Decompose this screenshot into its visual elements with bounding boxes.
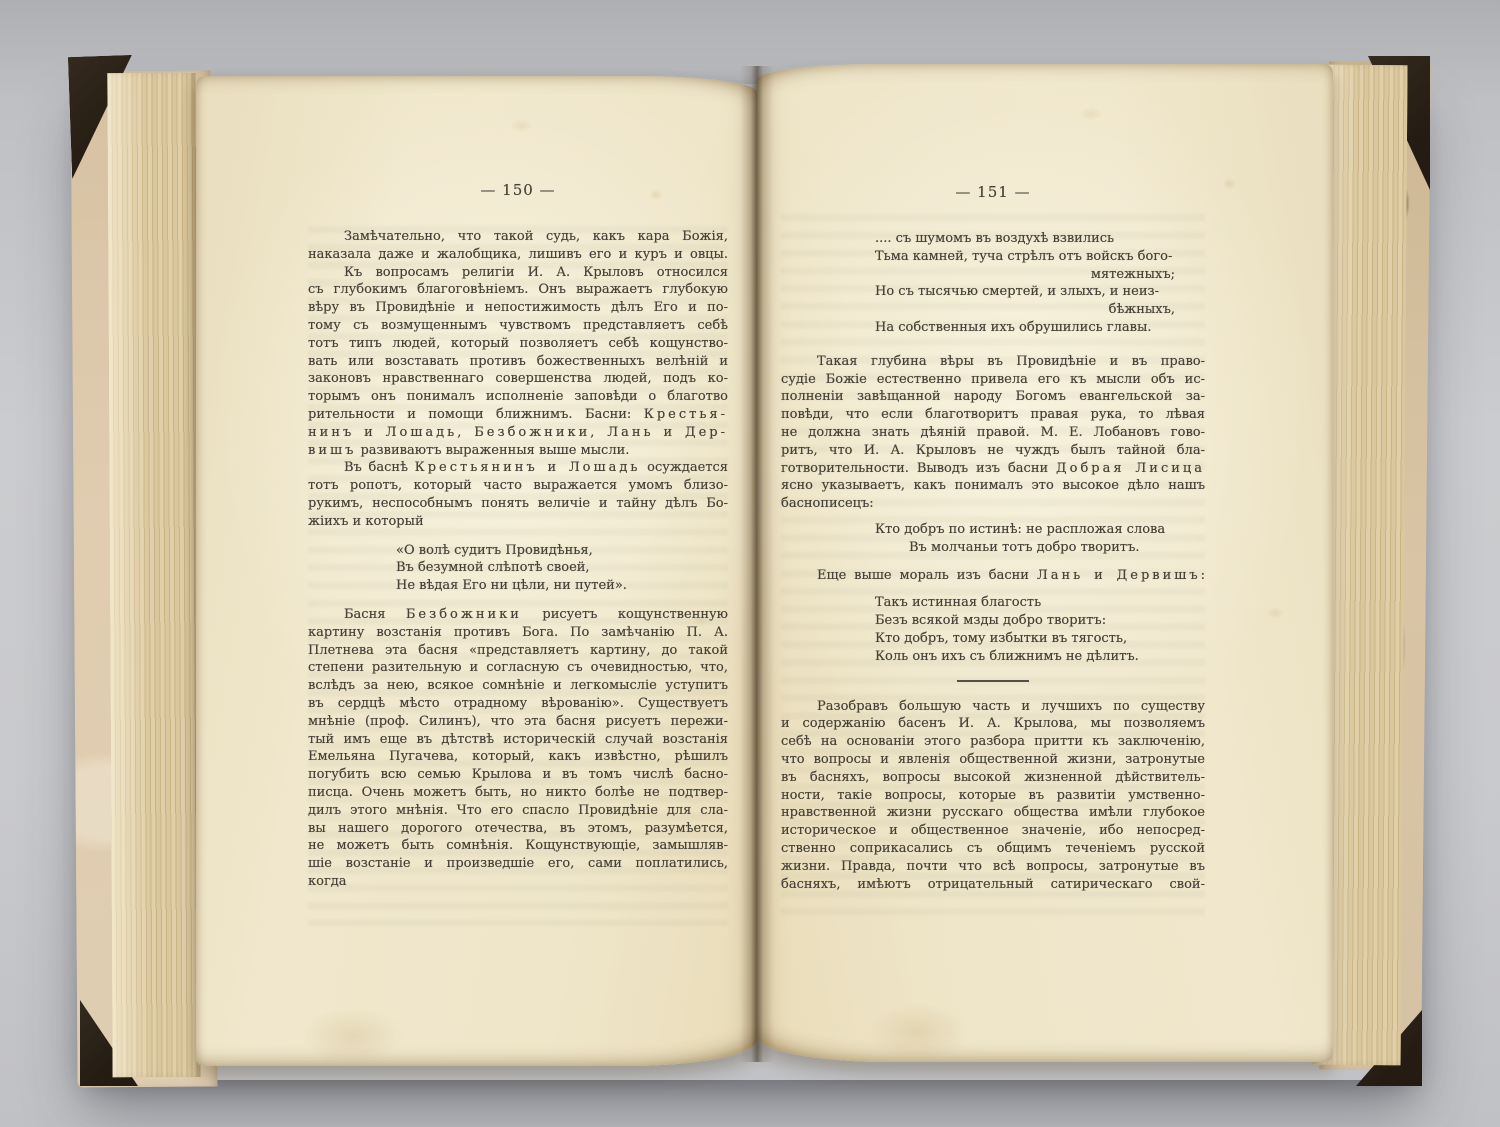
paragraph: Замѣчательно, что такой судь, какъ кара … <box>308 228 728 264</box>
text-line: тотъ типъ людей, который позволяетъ себѣ… <box>308 335 728 353</box>
paragraph: Басня Безбожники рисуетъ кощунственнуюка… <box>308 606 728 891</box>
text-line: не можетъ быть сомнѣнія. Кощунствующіе, … <box>308 837 728 855</box>
verse-line: Но съ тысячью смертей, и злыхъ, и неиз- <box>781 283 1205 301</box>
text-line: жизни. Правда, почти что всѣ вопросы, за… <box>781 858 1205 876</box>
page-150: — 150 — Замѣчательно, что такой судь, ка… <box>196 76 757 1066</box>
text-line: Емельяна Пугачева, который, какъ извѣстн… <box>308 748 728 766</box>
verse-line: Безъ всякой мзды добро творитъ: <box>781 612 1205 630</box>
text-line: Плетнева эта басня «представляетъ картин… <box>308 642 728 660</box>
text-line: съ глубокимъ благоговѣніемъ. Онъ выражае… <box>308 281 728 299</box>
paragraph: Къ вопросамъ религіи И. А. Крыловъ относ… <box>308 264 728 460</box>
open-book: — 150 — Замѣчательно, что такой судь, ка… <box>74 58 1426 1093</box>
text-line: картину возстанія противъ Бога. По замѣч… <box>308 624 728 642</box>
verse-line: Кто добръ, тому избытки въ тягость, <box>781 630 1205 648</box>
verse-line: Коль онъ ихъ съ ближнимъ не дѣлитъ. <box>781 648 1205 666</box>
text-line: мнѣніе (проф. Силинъ), что эта басня рис… <box>308 713 728 731</box>
verse-line: Кто добръ по истинѣ: не распложая слова <box>781 521 1205 539</box>
text-line: историческое и общественное значеніе, иб… <box>781 822 1205 840</box>
text-line: вѣру въ Провидѣніе и непостижимость дѣлъ… <box>308 299 728 317</box>
verse-line: Не вѣдая Его ни цѣли, ни путей». <box>308 577 728 595</box>
text-line: въ басняхъ, вопросы высокой жизненной дѣ… <box>781 769 1205 787</box>
text-line: басняхъ, имѣютъ отрицательный сатирическ… <box>781 876 1205 894</box>
section-divider <box>957 680 1029 682</box>
text-line: вишъ развиваютъ выраженныя выше мысли. <box>308 442 728 460</box>
verse-line: Тьма камней, туча стрѣлъ отъ войскъ бого… <box>781 248 1205 266</box>
page-150-textblock: — 150 — Замѣчательно, что такой судь, ка… <box>308 182 728 891</box>
verse-line: На собственныя ихъ обрушились главы. <box>781 319 1205 337</box>
verse-line: Такъ истинная благость <box>781 594 1205 612</box>
paragraph: Такая глубина вѣры въ Провидѣніе и въ пр… <box>781 353 1205 513</box>
text-line: ясно указываетъ, какъ понималъ это высок… <box>781 477 1205 495</box>
photo-background: — 150 — Замѣчательно, что такой судь, ка… <box>0 0 1500 1127</box>
left-page-stack-edges <box>107 73 200 1077</box>
text-line: готворительности. Выводъ изъ басни Добра… <box>781 460 1205 478</box>
text-line: ственно соприкасались съ общимъ теченіем… <box>781 840 1205 858</box>
text-line: Еще выше мораль изъ басни Лань и Дервишъ… <box>781 567 1205 585</box>
text-line: погубить всю семью Крылова и въ томъ чис… <box>308 766 728 784</box>
text-line: дилъ этого мнѣнія. Что его спасло Провид… <box>308 802 728 820</box>
text-line: повѣди, что если благотворитъ правая рук… <box>781 406 1205 424</box>
verse-block: «О волѣ судитъ Провидѣнья,Въ безумной сл… <box>308 542 728 595</box>
text-line: Басня Безбожники рисуетъ кощунственную <box>308 606 728 624</box>
text-line: Такая глубина вѣры въ Провидѣніе и въ пр… <box>781 353 1205 371</box>
text-line: полненіи завѣщанной народу Богомъ еванге… <box>781 388 1205 406</box>
text-line: тый имъ еще въ дѣтствѣ историческій случ… <box>308 731 728 749</box>
text-line: шіе возстаніе и произведшіе его, сами по… <box>308 855 728 873</box>
paragraph: Въ баснѣ Крестьянинъ и Лошадь осуждается… <box>308 459 728 530</box>
verse-line: Въ молчаньи тотъ добро творитъ. <box>781 539 1205 557</box>
text-line: тому съ возмущеннымъ чувствомъ представл… <box>308 317 728 335</box>
text-line: судіе Божіе естественно привела его къ м… <box>781 371 1205 389</box>
text-line: не должна знать дѣяній правой. М. Е. Лоб… <box>781 424 1205 442</box>
verse-line: Въ безумной слѣпотѣ своей, <box>308 559 728 577</box>
verse-block: .... съ шумомъ въ воздухѣ взвилисьТьма к… <box>781 230 1205 337</box>
text-line: вы нашего дорогого отечества, въ этомъ, … <box>308 820 728 838</box>
text-line: Замѣчательно, что такой судь, какъ кара … <box>308 228 728 246</box>
text-line: наказала даже и жалобщика, лишивъ его и … <box>308 246 728 264</box>
text-line: Разобравъ большую часть и лучшихъ по сущ… <box>781 698 1205 716</box>
page-151-text: .... съ шумомъ въ воздухѣ взвилисьТьма к… <box>781 230 1205 893</box>
verse-line: бѣжныхъ, <box>781 301 1205 319</box>
text-line: когда <box>308 873 728 891</box>
verse-block: Кто добръ по истинѣ: не распложая словаВ… <box>781 521 1205 557</box>
text-line: писца. Очень можетъ быть, но никто болѣе… <box>308 784 728 802</box>
verse-block: Такъ истинная благостьБезъ всякой мзды д… <box>781 594 1205 665</box>
text-line: тотъ ропотъ, который часто выражается ум… <box>308 477 728 495</box>
paragraph: Еще выше мораль изъ басни Лань и Дервишъ… <box>781 567 1205 585</box>
verse-line: «О волѣ судитъ Провидѣнья, <box>308 542 728 560</box>
text-line: Къ вопросамъ религіи И. А. Крыловъ относ… <box>308 264 728 282</box>
text-line: нравственной жизни русскаго общества имѣ… <box>781 804 1205 822</box>
text-line: рительности и помощи ближнимъ. Басни: Кр… <box>308 406 728 424</box>
verse-line: мятежныхъ; <box>781 266 1205 284</box>
text-line: вать или возставать противъ божественных… <box>308 353 728 371</box>
text-line: рукимъ, неспособнымъ понять величіе и та… <box>308 495 728 513</box>
page-150-text: Замѣчательно, что такой судь, какъ кара … <box>308 228 728 891</box>
text-line: торымъ онъ понималъ исполненіе заповѣди … <box>308 388 728 406</box>
text-line: ности, такіе вопросы, которые въ развиті… <box>781 787 1205 805</box>
paragraph: Разобравъ большую часть и лучшихъ по сущ… <box>781 698 1205 894</box>
page-number-right: — 151 — <box>781 184 1205 204</box>
text-line: законовъ нравственнаго совершенства люде… <box>308 370 728 388</box>
text-line: ритъ, что И. А. Крыловъ не чуждъ былъ та… <box>781 442 1205 460</box>
page-151: — 151 — .... съ шумомъ въ воздухѣ взвили… <box>757 64 1333 1062</box>
text-line: вслѣдъ за нею, всякое сомнѣніе и легкомы… <box>308 677 728 695</box>
text-line: Въ баснѣ Крестьянинъ и Лошадь осуждается <box>308 459 728 477</box>
text-line: нинъ и Лошадь, Безбожники, Лань и Дер- <box>308 424 728 442</box>
text-line: себѣ на основаніи этого разбора притти к… <box>781 733 1205 751</box>
text-line: жіихъ и который <box>308 513 728 531</box>
text-line: баснописецъ: <box>781 495 1205 513</box>
text-line: въ сердцѣ мѣсто отрадному вѣрованію». Су… <box>308 695 728 713</box>
text-line: и содержанію басенъ И. А. Крылова, мы по… <box>781 715 1205 733</box>
page-number-left: — 150 — <box>308 182 728 202</box>
text-line: степени разительную и согласную съ очеви… <box>308 659 728 677</box>
text-line: что вопросы и явленія общественной жизни… <box>781 751 1205 769</box>
page-151-textblock: — 151 — .... съ шумомъ въ воздухѣ взвили… <box>781 184 1205 893</box>
verse-line: .... съ шумомъ въ воздухѣ взвились <box>781 230 1205 248</box>
